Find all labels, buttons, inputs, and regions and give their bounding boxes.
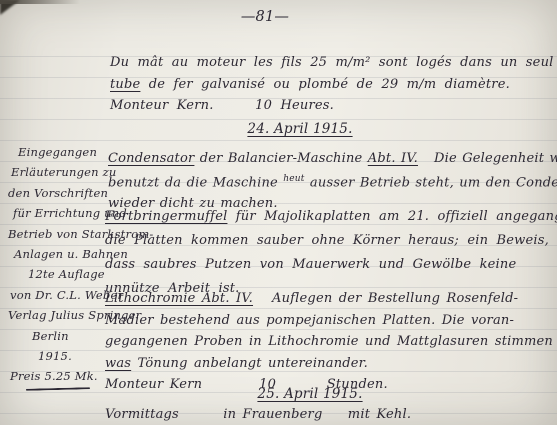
underlined-word: was <box>105 356 131 371</box>
margin-line: Erläuterungen zu <box>8 162 108 182</box>
handwriting-line: Fortbringermuffel für Majolikaplatten am… <box>105 205 557 229</box>
handwriting-line: dass saubres Putzen von Mauerwerk und Ge… <box>105 253 557 277</box>
line-text: benutzt da die Maschine <box>108 175 283 190</box>
inserted-word: heut <box>283 174 304 184</box>
margin-line: den Vorschriften <box>8 183 108 203</box>
handwriting-line: Du mât au moteur les fils 25 m/m² sont l… <box>110 52 555 74</box>
line-text: der Balancier-Maschine <box>194 151 367 166</box>
handwriting-line: Monteur Kern. 10 Heures. <box>110 95 555 117</box>
underlined-word: Abt. IV. <box>368 151 418 166</box>
underlined-word: Fortbringermuffel <box>105 209 227 224</box>
margin-line: für Errichtung und <box>8 203 108 223</box>
line-text: für Majolikaplatten am 21. offiziell ang… <box>227 209 557 224</box>
margin-line: Verlag Julius Springer <box>8 305 108 325</box>
date-heading-25-april: 25. April 1915. <box>225 386 395 402</box>
scan-top-edge <box>0 0 80 4</box>
handwriting-line: tube de fer galvanisé ou plombé de 29 m/… <box>110 74 555 96</box>
handwriting-line: Vormittags in Frauenberg mit Kehl. <box>105 404 557 425</box>
intro-entry: Du mât au moteur les fils 25 m/m² sont l… <box>110 52 555 117</box>
handwriting-line: Lithochromie Abt. IV. Auflegen der Beste… <box>105 288 557 310</box>
margin-line: von Dr. C.L. Weber <box>8 285 108 305</box>
margin-line: Berlin <box>8 326 108 346</box>
handwriting-line: benutzt da die Maschine heut ausser Betr… <box>108 169 557 193</box>
line-text: Die Gelegenheit wird <box>418 151 557 166</box>
date-text: 25. April 1915. <box>257 386 362 402</box>
margin-line: Preis 5.25 Mk. <box>8 366 108 386</box>
entry-muffle: Fortbringermuffel für Majolikaplatten am… <box>105 205 557 301</box>
handwriting-line: gegangenen Proben in Lithochromie und Ma… <box>105 331 557 353</box>
entry-lithochromie: Lithochromie Abt. IV. Auflegen der Beste… <box>105 288 557 396</box>
line-text: Auflegen der Bestellung Rosenfeld- <box>253 291 518 306</box>
date-text: 24. April 1915. <box>247 121 352 137</box>
margin-underline-stroke <box>26 387 90 391</box>
underlined-word: Condensator <box>108 151 194 166</box>
margin-line: Betrieb von Starkstrom- <box>8 224 108 244</box>
handwriting-line: was Tönung anbelangt untereinander. <box>105 353 557 375</box>
margin-line: Eingegangen <box>8 142 108 162</box>
margin-line: Anlagen u. Bahnen <box>8 244 108 264</box>
page-number: —81— <box>0 9 530 25</box>
entry-frauenberg: Vormittags in Frauenberg mit Kehl. <box>105 404 557 425</box>
line-text: Tönung anbelangt untereinander. <box>131 356 368 371</box>
scanned-page: —81— Du mât au moteur les fils 25 m/m² s… <box>0 0 557 425</box>
margin-note: Eingegangen Erläuterungen zu den Vorschr… <box>8 142 108 387</box>
underlined-word: tube <box>110 77 140 92</box>
line-text: ausser Betrieb steht, um den Condensator <box>305 175 557 190</box>
handwriting-line: Condensator der Balancier-Maschine Abt. … <box>108 148 557 169</box>
handwriting-line: Madier bestehend aus pompejanischen Plat… <box>105 310 557 332</box>
date-heading-24-april: 24. April 1915. <box>215 121 385 137</box>
margin-line: 12te Auflage <box>8 264 108 284</box>
underlined-word: Lithochromie Abt. IV. <box>105 291 253 306</box>
margin-line: 1915. <box>8 346 108 366</box>
line-text: de fer galvanisé ou plombé de 29 m/m dia… <box>140 77 510 92</box>
handwriting-line: die Platten kommen sauber ohne Körner he… <box>105 229 557 253</box>
